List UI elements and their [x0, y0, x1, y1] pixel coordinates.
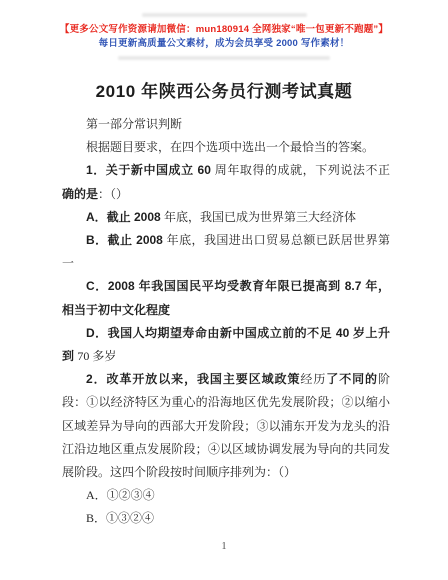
question-2-continuation: 江沿边地区重点发展阶段；④以区域协调发展为导向的共同发 [62, 438, 390, 461]
text-run: 阶 [378, 372, 390, 386]
option-line-2b: B．①③②④ [62, 507, 390, 530]
question-2-continuation: 段：①以经济特区为重心的沿海地区优先发展阶段；②以缩小 [62, 391, 390, 414]
option-line-1b-continuation: 一 [62, 252, 390, 275]
text-run: 段：①以经济特区为重心的沿海地区优先发展阶段；②以缩小 [62, 395, 390, 409]
bold-text-run: 了不同的 [326, 372, 378, 386]
text-run: 年底，我国进出口贸易总额已跃居世界第 [167, 233, 390, 247]
bold-text-run: 到 [62, 349, 77, 363]
promo-line-2: 每日更新高质量公文素材，成为会员享受 2000 写作素材！ [0, 37, 448, 50]
option-line-1c: C．2008 年我国国民平均受教育年限已提高到 8.7 年， [62, 275, 390, 298]
watermark-artifact [142, 13, 307, 17]
question-2-continuation: 区域差异为导向的西部大开发阶段；③以浦东开发为龙头的沿 [62, 415, 390, 438]
promo-line-1: 【更多公文写作资源请加微信：mun180914 全网独家“唯一包更新不跑题”】 [0, 23, 448, 36]
question-2-line: 2．改革开放以来，我国主要区域政策经历了不同的阶 [62, 368, 390, 391]
text-run: 经历 [300, 372, 326, 386]
text-run: B．①③②④ [86, 511, 154, 525]
text-run: A．①②③④ [86, 488, 155, 502]
option-line-2a: A．①②③④ [62, 484, 390, 507]
question-1-line: 1．关于新中国成立 60 周年取得的成就，下列说法不正 [62, 159, 390, 182]
text-run: 70 多岁 [77, 349, 116, 363]
text-run: 江沿边地区重点发展阶段；④以区域协调发展为导向的共同发 [62, 442, 390, 456]
bold-text-run: 2．改革开放以来，我国主要区域政策 [86, 372, 300, 386]
bold-text-run: 确的是 [62, 187, 98, 201]
page-title: 2010 年陕西公务员行测考试真题 [0, 77, 448, 102]
bold-text-run: A．截止 2008 [86, 210, 164, 224]
text-run: 区域差异为导向的西部大开发阶段；③以浦东开发为龙头的沿 [62, 419, 390, 433]
option-line-1d: D．我国人均期望寿命由新中国成立前的不足 40 岁上升 [62, 322, 390, 345]
question-2-continuation: 展阶段。这四个阶段按时间顺序排列为：（） [62, 461, 390, 484]
text-run: 年底，我国已成为世界第三大经济体 [164, 210, 356, 224]
text-run: 第一部分常识判断 [86, 117, 182, 131]
text-run: ：（） [98, 187, 128, 201]
document-lines: 第一部分常识判断根据题目要求，在四个选项中选出一个最恰当的答案。1．关于新中国成… [62, 113, 390, 531]
option-line-1d-continuation: 到 70 多岁 [62, 345, 390, 368]
bold-text-run: 相当于初中文化程度 [62, 303, 170, 317]
text-run: 展阶段。这四个阶段按时间顺序排列为：（） [62, 465, 296, 479]
watermark-artifact [118, 56, 330, 60]
text-run: 一 [62, 256, 74, 270]
option-line-1b: B．截止 2008 年底，我国进出口贸易总额已跃居世界第 [62, 229, 390, 252]
option-line-1a: A．截止 2008 年底，我国已成为世界第三大经济体 [62, 206, 390, 229]
instruction-line: 根据题目要求，在四个选项中选出一个最恰当的答案。 [62, 136, 390, 159]
text-run: 周年取得的成就，下列说法不正 [215, 163, 390, 177]
question-1-continuation: 确的是：（） [62, 183, 390, 206]
text-run: 根据题目要求，在四个选项中选出一个最恰当的答案。 [86, 140, 374, 154]
section-heading: 第一部分常识判断 [62, 113, 390, 136]
bold-text-run: 1．关于新中国成立 60 [86, 163, 215, 177]
bold-text-run: C．2008 年我国国民平均受教育年限已提高到 8.7 年， [86, 279, 390, 293]
bold-text-run: D．我国人均期望寿命由新中国成立前的不足 40 岁上升 [86, 326, 390, 340]
bold-text-run: B．截止 2008 [86, 233, 167, 247]
option-line-1c-continuation: 相当于初中文化程度 [62, 299, 390, 322]
page-number: 1 [0, 541, 448, 552]
